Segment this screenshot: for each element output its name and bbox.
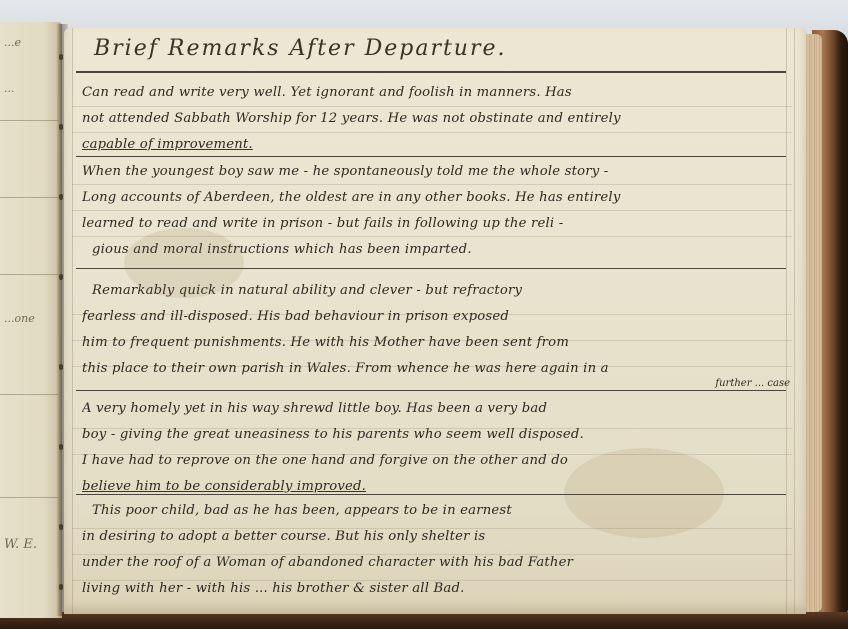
binding-stitch <box>59 124 63 130</box>
entry-line: Long accounts of Aberdeen, the oldest ar… <box>82 185 784 211</box>
margin-rule <box>794 28 795 614</box>
binding-stitch <box>59 194 63 200</box>
entry-line: This poor child, bad as he has been, app… <box>82 498 784 524</box>
binding-stitch <box>59 274 63 280</box>
binding-stitch <box>59 584 63 590</box>
entry-line: gious and moral instructions which has b… <box>82 237 784 263</box>
entry-line: in desiring to adopt a better course. Bu… <box>82 524 784 550</box>
entry-line: learned to read and write in prison - bu… <box>82 211 784 237</box>
entry-divider <box>76 494 786 495</box>
page-heading: Brief Remarks After Departure. <box>94 36 507 61</box>
left-page-fragment: ...one <box>4 312 35 325</box>
entry-line: I have had to reprove on the one hand an… <box>82 448 784 474</box>
right-page: Brief Remarks After Departure. Can read … <box>64 28 806 614</box>
entry-divider <box>76 268 786 269</box>
entry-line: Can read and write very well. Yet ignora… <box>82 80 784 106</box>
entry-line: living with her - with his ... his broth… <box>82 576 784 602</box>
entry-line: A very homely yet in his way shrewd litt… <box>82 396 784 422</box>
binding-stitch <box>59 444 63 450</box>
left-page-fragment: ... <box>4 82 15 95</box>
ruled-line <box>0 120 58 121</box>
binding-stitch <box>59 54 63 60</box>
entry-line: not attended Sabbath Worship for 12 year… <box>82 106 784 132</box>
marginal-note: further ... case <box>715 378 790 389</box>
left-page-fragment: W. E. <box>4 537 37 552</box>
left-page: ...e ... ...one W. E. <box>0 22 62 618</box>
heading-divider <box>76 71 786 73</box>
entry-4: A very homely yet in his way shrewd litt… <box>82 396 784 500</box>
entry-line: capable of improvement. <box>82 132 784 158</box>
entry-divider <box>76 390 786 391</box>
entry-line: him to frequent punishments. He with his… <box>82 330 784 356</box>
entry-3: Remarkably quick in natural ability and … <box>82 278 784 382</box>
entry-2: When the youngest boy saw me - he sponta… <box>82 159 784 263</box>
ruled-line <box>0 197 58 198</box>
entry-divider <box>76 156 786 157</box>
ruled-line <box>0 497 58 498</box>
binding-stitch <box>59 524 63 530</box>
entry-line: Remarkably quick in natural ability and … <box>82 278 784 304</box>
entry-line: believe him to be considerably improved. <box>82 474 784 500</box>
ruled-line <box>0 394 58 395</box>
entry-line: fearless and ill-disposed. His bad behav… <box>82 304 784 330</box>
margin-rule <box>72 28 73 614</box>
left-page-fragment: ...e <box>4 36 21 49</box>
entry-line: boy - giving the great uneasiness to his… <box>82 422 784 448</box>
book-bottom-edge <box>0 612 848 629</box>
entry-line: this place to their own parish in Wales.… <box>82 356 784 382</box>
entry-5: This poor child, bad as he has been, app… <box>82 498 784 602</box>
binding-stitch <box>59 364 63 370</box>
entry-1: Can read and write very well. Yet ignora… <box>82 80 784 158</box>
entry-line: under the roof of a Woman of abandoned c… <box>82 550 784 576</box>
entry-line: When the youngest boy saw me - he sponta… <box>82 159 784 185</box>
margin-rule <box>786 28 787 614</box>
ruled-line <box>0 274 58 275</box>
